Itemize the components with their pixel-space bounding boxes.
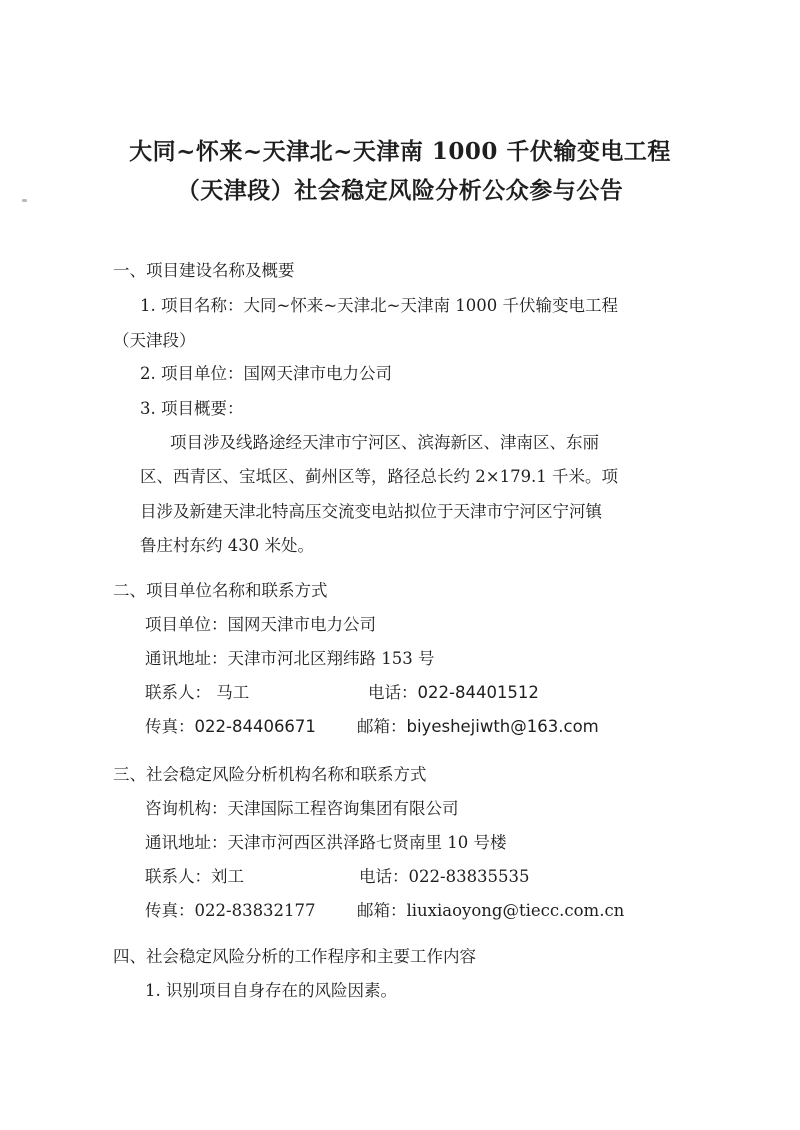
section2-heading: 二、项目单位名称和联系方式: [113, 580, 328, 602]
section3-fax: 传真：022-83832177: [145, 900, 316, 922]
section3-address: 通讯地址：天津市河西区洪泽路七贤南里 10 号楼: [145, 832, 507, 854]
section3-heading: 三、社会稳定风险分析机构名称和联系方式: [113, 764, 427, 786]
section2-contact: 联系人： 马工: [145, 682, 249, 704]
document-title-line2: （天津段）社会稳定风险分析公众参与公告: [0, 172, 800, 205]
section2-unit: 项目单位：国网天津市电力公司: [145, 614, 376, 636]
section1-para-line3: 目涉及新建天津北特高压交流变电站拟位于天津市宁河区宁河镇: [140, 501, 602, 523]
section3-agency: 咨询机构：天津国际工程咨询集团有限公司: [145, 798, 459, 820]
section1-para-line4: 鲁庄村东约 430 米处。: [140, 535, 314, 557]
document-title-line1: 大同~怀来~天津北~天津南 1000 千伏输变电工程: [0, 133, 800, 166]
section2-fax: 传真：022-84406671: [145, 716, 316, 738]
document-page: 大同~怀来~天津北~天津南 1000 千伏输变电工程 （天津段）社会稳定风险分析…: [0, 0, 800, 1130]
section1-heading: 一、项目建设名称及概要: [113, 260, 295, 282]
section2-email: 邮箱：biyeshejiwth@163.com: [357, 716, 599, 738]
section2-phone: 电话：022-84401512: [368, 682, 539, 704]
section3-email: 邮箱：liuxiaoyong@tiecc.com.cn: [357, 900, 624, 922]
section1-para-line1: 项目涉及线路途经天津市宁河区、滨海新区、津南区、东丽: [170, 432, 599, 454]
section1-item2: 2. 项目单位：国网天津市电力公司: [140, 363, 392, 385]
section2-address: 通讯地址：天津市河北区翔纬路 153 号: [145, 648, 434, 670]
section1-item1-cont: （天津段）: [113, 330, 196, 352]
section3-contact: 联系人：刘工: [145, 866, 244, 888]
section1-para-line2: 区、西青区、宝坻区、蓟州区等，路径总长约 2×179.1 千米。项: [140, 466, 618, 488]
section1-item1: 1. 项目名称：大同~怀来~天津北~天津南 1000 千伏输变电工程: [140, 295, 618, 317]
section4-item1: 1. 识别项目自身存在的风险因素。: [145, 980, 397, 1002]
section4-heading: 四、社会稳定风险分析的工作程序和主要工作内容: [113, 946, 476, 968]
section3-phone: 电话：022-83835535: [359, 866, 530, 888]
section1-item3: 3. 项目概要：: [140, 398, 244, 420]
